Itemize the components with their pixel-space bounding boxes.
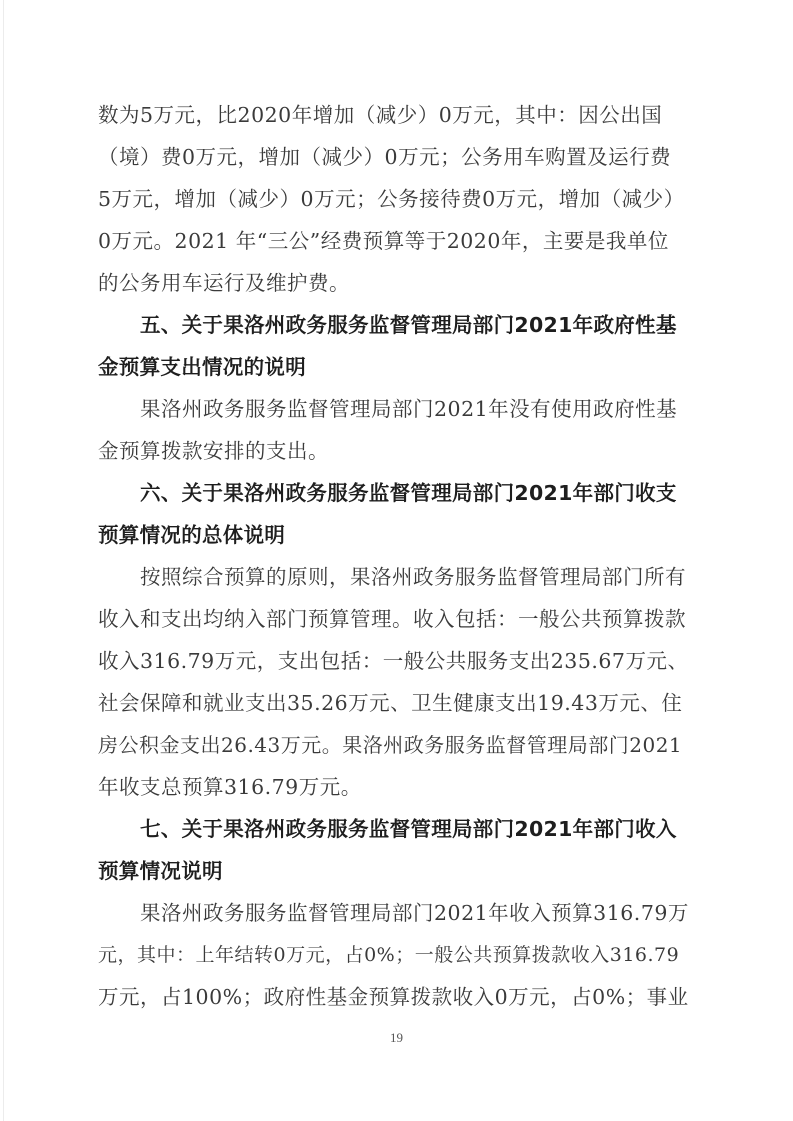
section-heading-5: 五、关于果洛州政务服务监督管理局部门2021年政府性基 金预算支出情况的说明	[98, 304, 688, 388]
text-line: 万元，占100%；政府性基金预算拨款收入0万元，占0%；事业	[98, 976, 688, 1018]
section-heading-7: 七、关于果洛州政务服务监督管理局部门2021年部门收入 预算情况说明	[98, 808, 688, 892]
text-line: 果洛州政务服务监督管理局部门2021年收入预算316.79万	[98, 892, 688, 934]
text-line: 收入和支出均纳入部门预算管理。收入包括：一般公共预算拨款	[98, 598, 688, 640]
text-line: 房公积金支出26.43万元。果洛州政务服务监督管理局部门2021	[98, 724, 688, 766]
text-line: 数为5万元，比2020年增加（减少）0万元，其中：因公出国	[98, 94, 688, 136]
scan-edge-line	[3, 0, 4, 1121]
paragraph-income-budget: 果洛州政务服务监督管理局部门2021年收入预算316.79万 元，其中：上年结转…	[98, 892, 688, 1018]
heading-line: 五、关于果洛州政务服务监督管理局部门2021年政府性基	[98, 304, 688, 346]
text-line: 元，其中：上年结转0万元，占0%；一般公共预算拨款收入316.79	[98, 934, 688, 976]
page-content: 数为5万元，比2020年增加（减少）0万元，其中：因公出国 （境）费0万元，增加…	[98, 94, 688, 1018]
paragraph-overall-budget: 按照综合预算的原则，果洛州政务服务监督管理局部门所有 收入和支出均纳入部门预算管…	[98, 556, 688, 808]
text-line: 果洛州政务服务监督管理局部门2021年没有使用政府性基	[98, 388, 688, 430]
text-line: 金预算拨款安排的支出。	[98, 430, 688, 472]
heading-line: 预算情况的总体说明	[98, 514, 688, 556]
heading-line: 金预算支出情况的说明	[98, 346, 688, 388]
heading-line: 预算情况说明	[98, 850, 688, 892]
paragraph-three-public-expenses: 数为5万元，比2020年增加（减少）0万元，其中：因公出国 （境）费0万元，增加…	[98, 94, 688, 304]
page-number: 19	[0, 1030, 793, 1046]
text-line: 0万元。2021 年“三公”经费预算等于2020年，主要是我单位	[98, 220, 688, 262]
text-line: 按照综合预算的原则，果洛州政务服务监督管理局部门所有	[98, 556, 688, 598]
paragraph-government-fund: 果洛州政务服务监督管理局部门2021年没有使用政府性基 金预算拨款安排的支出。	[98, 388, 688, 472]
text-line: 的公务用车运行及维护费。	[98, 262, 688, 304]
document-page: 数为5万元，比2020年增加（减少）0万元，其中：因公出国 （境）费0万元，增加…	[0, 0, 793, 1121]
section-heading-6: 六、关于果洛州政务服务监督管理局部门2021年部门收支 预算情况的总体说明	[98, 472, 688, 556]
text-line: 5万元，增加（减少）0万元；公务接待费0万元，增加（减少）	[98, 178, 688, 220]
heading-line: 六、关于果洛州政务服务监督管理局部门2021年部门收支	[98, 472, 688, 514]
text-line: 社会保障和就业支出35.26万元、卫生健康支出19.43万元、住	[98, 682, 688, 724]
text-line: （境）费0万元，增加（减少）0万元；公务用车购置及运行费	[98, 136, 688, 178]
text-line: 收入316.79万元，支出包括：一般公共服务支出235.67万元、	[98, 640, 688, 682]
text-line: 年收支总预算316.79万元。	[98, 766, 688, 808]
heading-line: 七、关于果洛州政务服务监督管理局部门2021年部门收入	[98, 808, 688, 850]
